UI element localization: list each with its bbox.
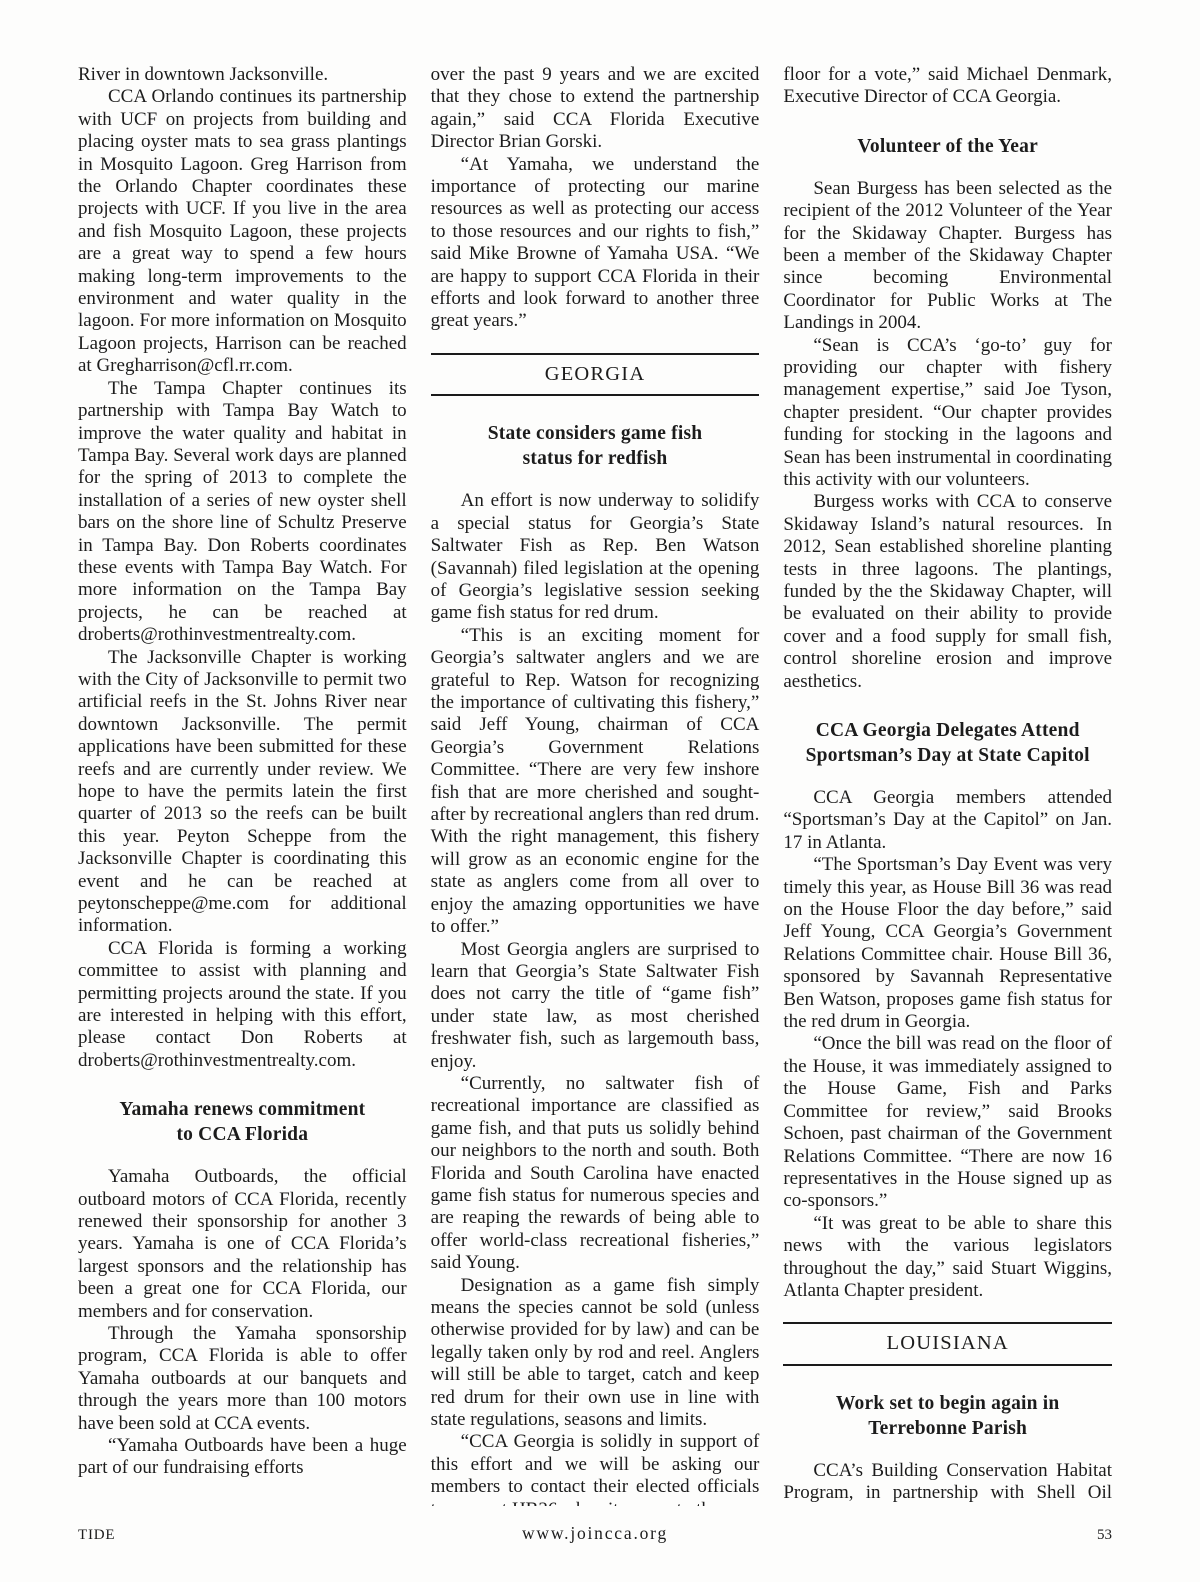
state-section-header: GEORGIA <box>431 353 760 397</box>
article-heading: Volunteer of the Year <box>783 135 1112 160</box>
footer-website-url: www.joincca.org <box>522 1523 668 1544</box>
body-paragraph: Burgess works with CCA to conserve Skida… <box>783 491 1112 693</box>
column-left: River in downtown Jacksonville.CCA Orlan… <box>78 64 407 1506</box>
body-paragraph: Designation as a game fish simply means … <box>431 1275 760 1432</box>
body-paragraph: An effort is now underway to solidify a … <box>431 490 760 624</box>
body-paragraph: “At Yamaha, we understand the importance… <box>431 154 760 333</box>
body-paragraph: Yamaha Outboards, the official outboard … <box>78 1166 407 1323</box>
body-paragraph: “Once the bill was read on the floor of … <box>783 1033 1112 1212</box>
state-section-header: LOUISIANA <box>783 1322 1112 1366</box>
article-heading: CCA Georgia Delegates Attend Sportsman’s… <box>783 719 1112 769</box>
paragraph-continuation: over the past 9 years and we are excited… <box>431 64 760 154</box>
body-paragraph: CCA Georgia members attended “Sportsman’… <box>783 787 1112 854</box>
footer-page-number: 53 <box>1097 1527 1112 1544</box>
body-paragraph: CCA Orlando continues its partnership wi… <box>78 86 407 377</box>
body-paragraph: Sean Burgess has been selected as the re… <box>783 178 1112 335</box>
article-heading: Work set to begin again in Terrebonne Pa… <box>783 1392 1112 1442</box>
body-paragraph: The Tampa Chapter continues its partners… <box>78 378 407 647</box>
body-paragraph: “Currently, no saltwater fish of recreat… <box>431 1073 760 1275</box>
article-heading: State considers game fish status for red… <box>431 422 760 472</box>
article-heading: Yamaha renews commitment to CCA Florida <box>78 1098 407 1148</box>
body-paragraph: “The Sportsman’s Day Event was very time… <box>783 854 1112 1033</box>
body-paragraph: Most Georgia anglers are surprised to le… <box>431 939 760 1073</box>
body-paragraph: CCA’s Building Conservation Habitat Prog… <box>783 1460 1112 1506</box>
body-paragraph: CCA Florida is forming a working committ… <box>78 938 407 1072</box>
content-columns: River in downtown Jacksonville.CCA Orlan… <box>0 0 1200 1506</box>
column-center: over the past 9 years and we are excited… <box>431 64 760 1506</box>
page-footer: TIDE www.joincca.org 53 <box>78 1522 1112 1544</box>
body-paragraph: “This is an exciting moment for Georgia’… <box>431 625 760 939</box>
paragraph-continuation: floor for a vote,” said Michael Denmark,… <box>783 64 1112 109</box>
body-paragraph: The Jacksonville Chapter is working with… <box>78 647 407 938</box>
body-paragraph: “Sean is CCA’s ‘go-to’ guy for providing… <box>783 335 1112 492</box>
footer-magazine-title: TIDE <box>78 1527 115 1544</box>
body-paragraph: “It was great to be able to share this n… <box>783 1213 1112 1303</box>
body-paragraph: “CCA Georgia is solidly in support of th… <box>431 1431 760 1506</box>
paragraph-continuation: River in downtown Jacksonville. <box>78 64 407 86</box>
magazine-page: River in downtown Jacksonville.CCA Orlan… <box>0 0 1200 1582</box>
column-right: floor for a vote,” said Michael Denmark,… <box>783 64 1112 1506</box>
body-paragraph: “Yamaha Outboards have been a huge part … <box>78 1435 407 1480</box>
body-paragraph: Through the Yamaha sponsorship program, … <box>78 1323 407 1435</box>
